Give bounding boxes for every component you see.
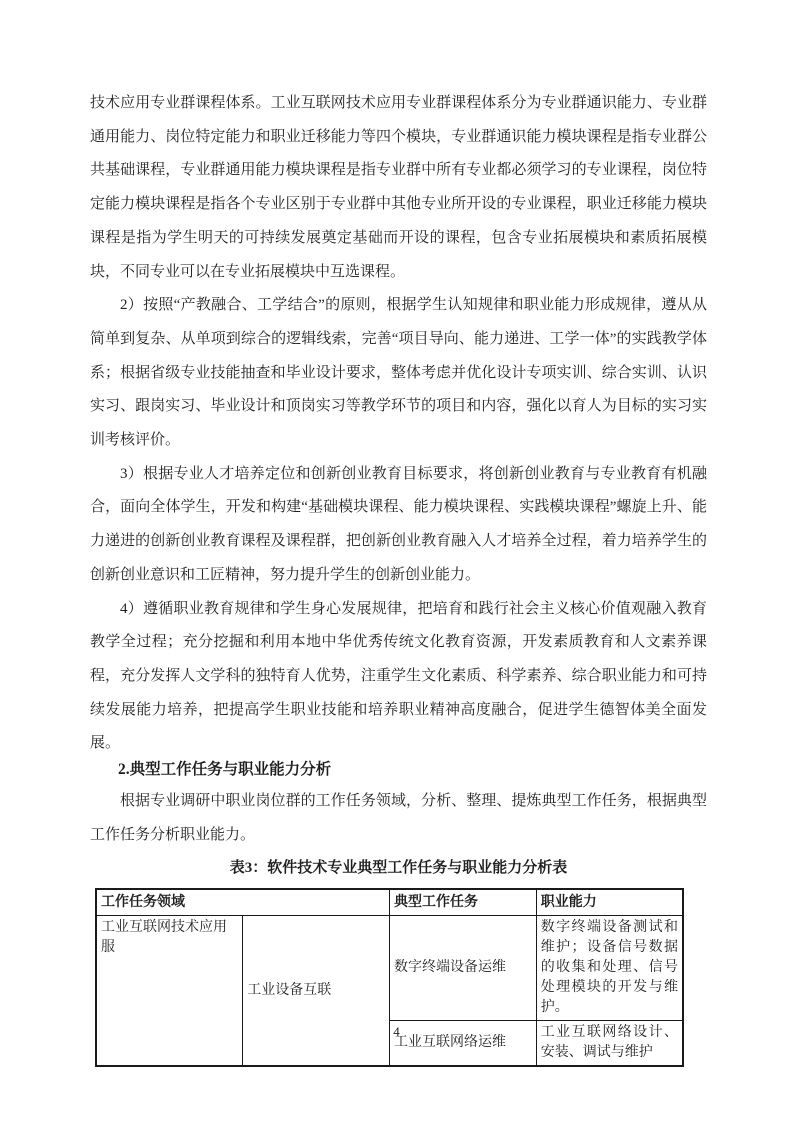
cell-domain: 工业互联网技术应用服 xyxy=(96,916,243,1067)
paragraph-item-3: 3）根据专业人才培养定位和创新创业教育目标要求，将创新创业教育与专业教育有机融合… xyxy=(90,458,707,593)
document-page: 技术应用专业群课程体系。工业互联网技术应用专业群课程体系分为专业群通识能力、专业… xyxy=(0,0,793,1122)
header-typical-task: 典型工作任务 xyxy=(390,889,537,916)
header-task-domain: 工作任务领域 xyxy=(96,889,390,916)
table-row: 工业互联网技术应用服 工业设备互联 数字终端设备运维 数字终端设备测试和维护；设… xyxy=(96,916,683,1021)
cell-task: 数字终端设备运维 xyxy=(390,916,537,1021)
page-content: 技术应用专业群课程体系。工业互联网技术应用专业群课程体系分为专业群通识能力、专业… xyxy=(90,87,707,1067)
cell-ability: 数字终端设备测试和维护；设备信号数据的收集和处理、信号处理模块的开发与维护。 xyxy=(536,916,683,1021)
section-heading: 2.典型工作任务与职业能力分析 xyxy=(90,755,707,785)
paragraph-course-system: 技术应用专业群课程体系。工业互联网技术应用专业群课程体系分为专业群通识能力、专业… xyxy=(90,87,707,289)
header-vocational-ability: 职业能力 xyxy=(536,889,683,916)
page-number: 4 xyxy=(0,1024,793,1040)
paragraph-analysis-intro: 根据专业调研中职业岗位群的工作任务领域，分析、整理、提炼典型工作任务，根据典型工… xyxy=(90,785,707,852)
table-header-row: 工作任务领域 典型工作任务 职业能力 xyxy=(96,889,683,916)
paragraph-item-2: 2）按照“产教融合、工学结合”的原则，根据学生认知规律和职业能力形成规律，遵从从… xyxy=(90,289,707,458)
cell-subdomain: 工业设备互联 xyxy=(243,916,390,1067)
paragraph-item-4: 4）遵循职业教育规律和学生身心发展规律，把培育和践行社会主义核心价值观融入教育教… xyxy=(90,593,707,762)
table-caption: 表3：软件技术专业典型工作任务与职业能力分析表 xyxy=(90,855,707,881)
task-ability-table: 工作任务领域 典型工作任务 职业能力 工业互联网技术应用服 工业设备互联 数字终… xyxy=(95,888,684,1067)
